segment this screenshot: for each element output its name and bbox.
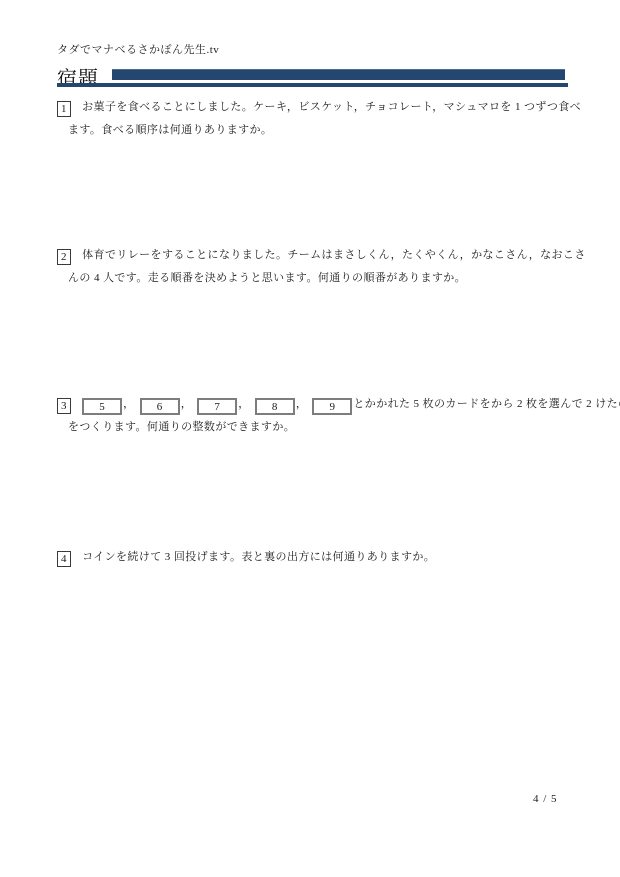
number-card: 8 [255,398,295,415]
problem-text: をつくります。何通りの整数ができますか。 [68,416,575,439]
problem-text: とかかれた 5 枚のカードをから 2 枚を選んで 2 けたの整数 [353,398,620,410]
problem-text: コインを続けて 3 回投げます。表と裏の出方には何通りありますか。 [82,551,435,563]
card-separator: ， [296,393,307,416]
problem-text: んの 4 人です。走る順番を決めようと思います。何通りの順番がありますか。 [68,267,575,290]
problem-number-box: 3 [57,398,71,414]
problem-number-box: 4 [57,551,71,567]
problem-number-box: 2 [57,249,71,265]
problem-line: 4 コインを続けて 3 回投げます。表と裏の出方には何通りありますか。 [57,546,575,569]
number-card: 7 [197,398,237,415]
problem-line: 3 5， 6， 7， 8， 9とかかれた 5 枚のカードをから 2 枚を選んで … [57,393,575,416]
number-card: 6 [140,398,180,415]
problem-1: 1 お菓子を食べることにしました。ケーキ，ビスケット，チョコレート，マシュマロを… [57,96,575,142]
card-separator: ， [123,393,134,416]
site-header: タダでマナべるさかぽん先生.tv [57,41,219,57]
problem-text: ます。食べる順序は何通りありますか。 [68,119,575,142]
problem-3: 3 5， 6， 7， 8， 9とかかれた 5 枚のカードをから 2 枚を選んで … [57,393,575,439]
problem-text: お菓子を食べることにしました。ケーキ，ビスケット，チョコレート，マシュマロを 1… [82,101,581,113]
problem-number-box: 1 [57,101,71,117]
title-bar-thick [112,69,565,80]
problem-text: 体育でリレーをすることになりました。チームはまさしくん，たくやくん，かなこさん，… [82,249,586,261]
problem-4: 4 コインを続けて 3 回投げます。表と裏の出方には何通りありますか。 [57,546,575,569]
number-card: 9 [312,398,352,415]
title-bar-thin [57,83,568,87]
card-separator: ， [181,393,192,416]
page-number: 4 / 5 [533,793,558,805]
problem-line: 2 体育でリレーをすることになりました。チームはまさしくん，たくやくん，かなこさ… [57,244,575,267]
card-separator: ， [238,393,249,416]
number-card: 5 [82,398,122,415]
problem-2: 2 体育でリレーをすることになりました。チームはまさしくん，たくやくん，かなこさ… [57,244,575,290]
problem-line: 1 お菓子を食べることにしました。ケーキ，ビスケット，チョコレート，マシュマロを… [57,96,575,119]
worksheet-page: タダでマナべるさかぽん先生.tv 宿題 1 お菓子を食べることにしました。ケーキ… [0,0,620,877]
